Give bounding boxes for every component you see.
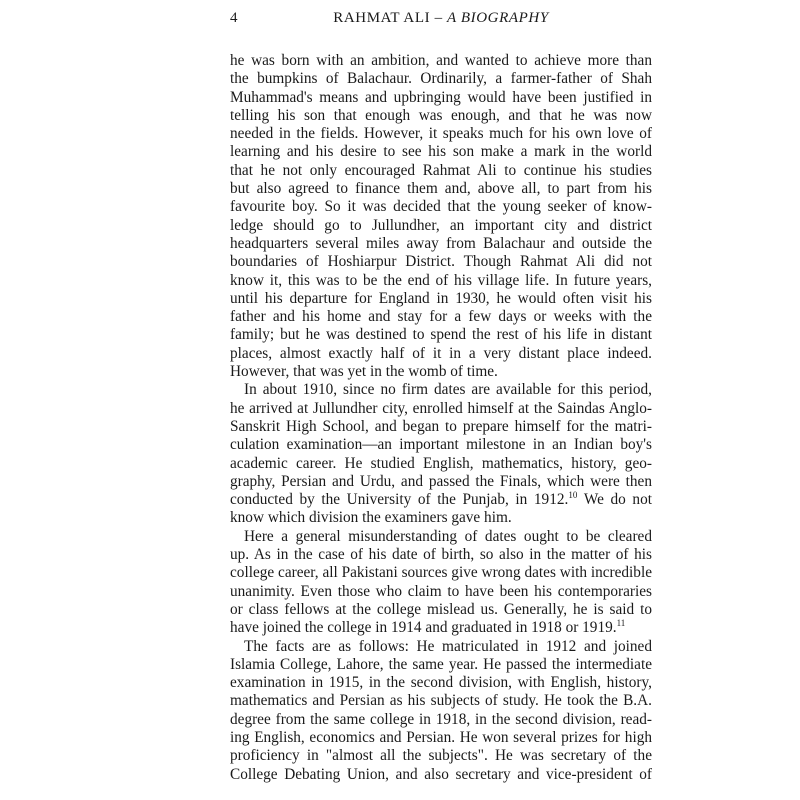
word: the (321, 491, 340, 509)
word: conducted (230, 491, 293, 509)
text-line: but also agreed to finance them and, abo… (230, 180, 652, 198)
text-line-content: degree from the same college in 1918, in… (230, 711, 652, 728)
body-text: he was born with an ambition, and wanted… (230, 52, 652, 784)
text-line: graphy, Persian and Urdu, and passed the… (230, 473, 652, 491)
text-line: family; but he was destined to spend the… (230, 326, 652, 344)
text-line-content: However, that was yet in the womb of tim… (230, 363, 498, 380)
text-line: know it, this was to be the end of his v… (230, 272, 652, 290)
text-line: up. As in the case of his date of birth,… (230, 546, 652, 564)
text-line-content: needed in the fields. However, it speaks… (230, 125, 652, 142)
text-line: until his departure for England in 1930,… (230, 290, 652, 308)
text-line: conductedbytheUniversityofthePunjab,in19… (230, 491, 652, 509)
word: in (515, 491, 527, 509)
text-line: he arrived at Jullundher city, enrolled … (230, 400, 652, 418)
running-head-title: RAHMAT ALI – A BIOGRAPHY (230, 10, 652, 27)
footnote-marker: 10 (568, 490, 577, 500)
text-line: culation examination—an important milest… (230, 436, 652, 454)
word: 1912.10 (534, 491, 577, 509)
text-line: places, almost exactly half of it in a v… (230, 345, 652, 363)
text-line: examination in 1915, in the second divis… (230, 674, 652, 692)
text-line: or class fellows at the college mislead … (230, 601, 652, 619)
text-line-content: Islamia College, Lahore, the same year. … (230, 656, 652, 673)
word: We (584, 491, 604, 509)
word: Punjab, (462, 491, 508, 509)
word: not (632, 491, 652, 509)
text-line-content: headquarters several miles away from Bal… (230, 235, 652, 252)
text-line-content: college career, all Pakistani sources gi… (230, 564, 652, 581)
text-line: Muhammad's means and upbringing would ha… (230, 89, 652, 107)
text-line: In about 1910, since no firm dates are a… (230, 381, 652, 399)
text-line: know which division the examiners gave h… (230, 509, 652, 527)
text-line: favourite boy. So it was decided that th… (230, 198, 652, 216)
text-line-content: academic career. He studied English, mat… (230, 455, 652, 472)
text-line-content: In about 1910, since no firm dates are a… (244, 381, 652, 398)
text-line: have joined the college in 1914 and grad… (230, 619, 652, 637)
text-line-content: Here a general misunderstanding of dates… (244, 528, 652, 545)
footnote-marker: 11 (617, 618, 626, 628)
text-line: unanimity. Even those who claim to have … (230, 583, 652, 601)
text-line-content: know it, this was to be the end of his v… (230, 272, 652, 289)
running-head-subtitle: A BIOGRAPHY (447, 10, 549, 26)
text-line: academic career. He studied English, mat… (230, 455, 652, 473)
text-line-content: learning and his desire to see his son m… (230, 143, 652, 160)
text-line-content: proficiency in "almost all the subjects"… (230, 747, 652, 764)
text-line-content: telling his son that enough was enough, … (230, 107, 652, 124)
text-line-content: until his departure for England in 1930,… (230, 290, 652, 307)
text-line: boundaries of Hoshiarpur District. Thoug… (230, 253, 652, 271)
text-line: learning and his desire to see his son m… (230, 143, 652, 161)
text-line: The facts are as follows: He matriculate… (230, 638, 652, 656)
text-line: ing English, economics and Persian. He w… (230, 729, 652, 747)
text-line-content: know which division the examiners gave h… (230, 509, 512, 526)
text-line-content: graphy, Persian and Urdu, and passed the… (230, 473, 652, 490)
word: by (299, 491, 314, 509)
running-head-author: RAHMAT ALI – (333, 10, 447, 26)
word: University (347, 491, 412, 509)
text-line-content: boundaries of Hoshiarpur District. Thoug… (230, 253, 652, 270)
text-line: College Debating Union, and also secreta… (230, 766, 652, 784)
text-line: he was born with an ambition, and wanted… (230, 52, 652, 70)
text-line: the bumpkins of Balachaur. Ordinarily, a… (230, 70, 652, 88)
text-line-content: favourite boy. So it was decided that th… (230, 198, 652, 215)
text-line-content: Muhammad's means and upbringing would ha… (230, 89, 652, 106)
text-line-content: ledge should go to Jullundher, an import… (230, 217, 652, 234)
text-line: father and his home and stay for a few d… (230, 308, 652, 326)
word: the (437, 491, 456, 509)
text-line-content: College Debating Union, and also secreta… (230, 766, 652, 783)
text-line: that he not only encouraged Rahmat Ali t… (230, 162, 652, 180)
text-line-content: father and his home and stay for a few d… (230, 308, 652, 325)
text-line: telling his son that enough was enough, … (230, 107, 652, 125)
book-page: 4 RAHMAT ALI – A BIOGRAPHY he was born w… (0, 0, 800, 800)
text-line-content: Sanskrit High School, and began to prepa… (230, 418, 652, 435)
text-line: Islamia College, Lahore, the same year. … (230, 656, 652, 674)
text-line-content: places, almost exactly half of it in a v… (230, 345, 652, 362)
text-line: Here a general misunderstanding of dates… (230, 528, 652, 546)
text-line-content: The facts are as follows: He matriculate… (244, 638, 652, 655)
text-line-content: or class fellows at the college mislead … (230, 601, 652, 618)
word: of (418, 491, 431, 509)
text-line-content: mathematics and Persian as his subjects … (230, 692, 652, 709)
text-line-content: up. As in the case of his date of birth,… (230, 546, 652, 563)
text-line: mathematics and Persian as his subjects … (230, 692, 652, 710)
text-line-content: the bumpkins of Balachaur. Ordinarily, a… (230, 70, 652, 87)
running-head: 4 RAHMAT ALI – A BIOGRAPHY (230, 8, 652, 32)
text-line: ledge should go to Jullundher, an import… (230, 217, 652, 235)
text-line: college career, all Pakistani sources gi… (230, 564, 652, 582)
text-line-content: have joined the college in 1914 and grad… (230, 619, 617, 636)
text-line: headquarters several miles away from Bal… (230, 235, 652, 253)
text-line-content: that he not only encouraged Rahmat Ali t… (230, 162, 652, 179)
text-line: Sanskrit High School, and began to prepa… (230, 418, 652, 436)
text-line-content: family; but he was destined to spend the… (230, 326, 652, 343)
word: do (611, 491, 626, 509)
text-line-content: he arrived at Jullundher city, enrolled … (230, 400, 652, 417)
text-line-content: unanimity. Even those who claim to have … (230, 583, 652, 600)
text-line-content: culation examination—an important milest… (230, 436, 652, 453)
text-line: However, that was yet in the womb of tim… (230, 363, 652, 381)
text-line: needed in the fields. However, it speaks… (230, 125, 652, 143)
text-line: degree from the same college in 1918, in… (230, 711, 652, 729)
text-line-content: but also agreed to finance them and, abo… (230, 180, 652, 197)
text-line: proficiency in "almost all the subjects"… (230, 747, 652, 765)
text-line-content: examination in 1915, in the second divis… (230, 674, 652, 691)
text-line-content: ing English, economics and Persian. He w… (230, 729, 652, 746)
text-line-content: he was born with an ambition, and wanted… (230, 52, 652, 69)
